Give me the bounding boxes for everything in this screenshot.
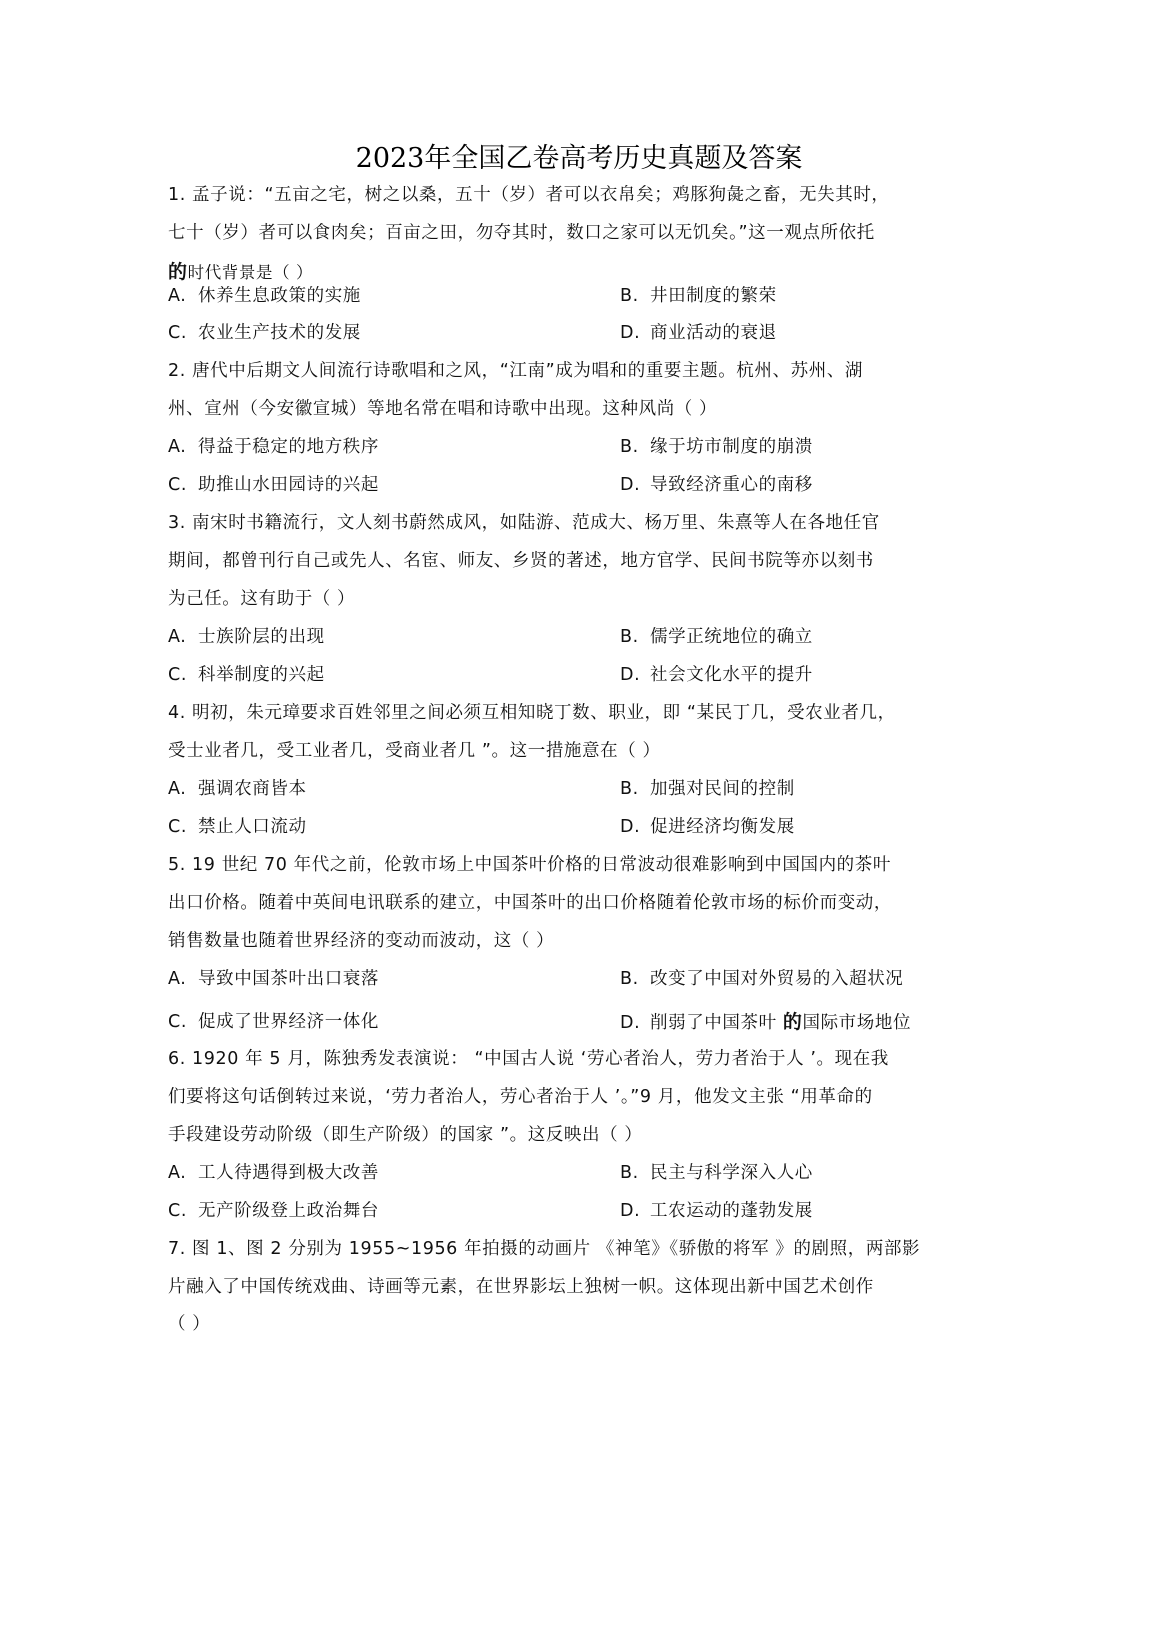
question-3-line-1: 3. 南宋时书籍流行，文人刻书蔚然成风，如陆游、范成大、杨万里、朱熹等人在各地任… — [168, 511, 880, 535]
option-key: C. — [168, 321, 198, 345]
option-text: 工农运动的蓬勃发展 — [650, 1201, 813, 1221]
option-key: B. — [620, 435, 650, 459]
question-3-line-2: 期间，都曾刊行自己或先人、名宦、师友、乡贤的著述，地方官学、民间书院等亦以刻书 — [168, 549, 874, 573]
option-key: A. — [168, 625, 198, 649]
option-key: C. — [168, 1199, 198, 1223]
option-text: 无产阶级登上政治舞台 — [198, 1201, 379, 1221]
option-text: 儒学正统地位的确立 — [650, 627, 813, 647]
option-text: 民主与科学深入人心 — [650, 1163, 813, 1183]
question-1-option-c: C.农业生产技术的发展 — [168, 321, 361, 345]
option-text: 强调农商皆本 — [198, 779, 307, 799]
question-3-option-a: A.士族阶层的出现 — [168, 625, 325, 649]
question-7-line-3: （ ） — [168, 1312, 210, 1336]
question-6-line-3: 手段建设劳动阶级（即生产阶级）的国家 ”。这反映出（ ） — [168, 1123, 643, 1147]
question-6-option-c: C.无产阶级登上政治舞台 — [168, 1199, 379, 1223]
option-key: B. — [620, 1161, 650, 1185]
option-key: D. — [620, 815, 650, 839]
question-5-line-3: 销售数量也随着世界经济的变动而波动，这（ ） — [168, 929, 554, 953]
option-text: 改变了中国对外贸易的入超状况 — [650, 969, 903, 989]
option-key: C. — [168, 663, 198, 687]
option-text: 工人待遇得到极大改善 — [198, 1163, 379, 1183]
bold-char: 的 — [168, 261, 188, 283]
option-key: D. — [620, 1199, 650, 1223]
option-text: 导致中国茶叶出口衰落 — [198, 969, 379, 989]
question-2-line-1: 2. 唐代中后期文人间流行诗歌唱和之风，“江南”成为唱和的重要主题。杭州、苏州、… — [168, 359, 863, 383]
question-1-option-a: A.休养生息政策的实施 — [168, 284, 361, 308]
question-4-option-b: B.加强对民间的控制 — [620, 777, 795, 801]
option-text: 科举制度的兴起 — [198, 665, 325, 685]
question-3-option-c: C.科举制度的兴起 — [168, 663, 325, 687]
option-key: B. — [620, 625, 650, 649]
option-text: 促进经济均衡发展 — [650, 817, 795, 837]
question-5-line-1: 5. 19 世纪 70 年代之前，伦敦市场上中国茶叶价格的日常波动很难影响到中国… — [168, 853, 891, 877]
question-5-line-2: 出口价格。随着中英间电讯联系的建立，中国茶叶的出口价格随着伦敦市场的标价而变动， — [168, 891, 892, 915]
option-text: 社会文化水平的提升 — [650, 665, 813, 685]
option-key: C. — [168, 1010, 198, 1034]
option-key: A. — [168, 284, 198, 308]
question-4-option-d: D.促进经济均衡发展 — [620, 815, 795, 839]
question-3-option-d: D.社会文化水平的提升 — [620, 663, 813, 687]
option-key: D. — [620, 321, 650, 345]
question-4-option-a: A.强调农商皆本 — [168, 777, 307, 801]
option-key: B. — [620, 284, 650, 308]
question-1-option-b: B.井田制度的繁荣 — [620, 284, 777, 308]
option-text: 农业生产技术的发展 — [198, 323, 361, 343]
option-text: 导致经济重心的南移 — [650, 475, 813, 495]
option-key: C. — [168, 815, 198, 839]
question-6-line-1: 6. 1920 年 5 月，陈独秀发表演说： “中国古人说 ‘劳心者治人，劳力者… — [168, 1047, 889, 1071]
question-7-line-1: 7. 图 1、图 2 分别为 1955~1956 年拍摄的动画片 《神笔》《骄傲… — [168, 1237, 920, 1261]
question-5-option-a: A.导致中国茶叶出口衰落 — [168, 967, 379, 991]
question-1-line-1: 1. 孟子说：“五亩之宅，树之以桑，五十（岁）者可以衣帛矣；鸡豚狗彘之畜，无失其… — [168, 183, 890, 207]
option-key: D. — [620, 473, 650, 497]
option-key: A. — [168, 435, 198, 459]
option-key: D. — [620, 1011, 650, 1035]
option-text: 削弱了中国茶叶 — [650, 1013, 783, 1033]
option-text: 休养生息政策的实施 — [198, 286, 361, 306]
option-key: A. — [168, 1161, 198, 1185]
question-3-option-b: B.儒学正统地位的确立 — [620, 625, 813, 649]
option-key: C. — [168, 473, 198, 497]
question-2-option-d: D.导致经济重心的南移 — [620, 473, 813, 497]
option-key: B. — [620, 967, 650, 991]
page-title: 2023年全国乙卷高考历史真题及答案 — [0, 136, 1158, 175]
question-1-line-3-text: 时代背景是（ ） — [188, 263, 314, 282]
option-text: 井田制度的繁荣 — [650, 286, 777, 306]
option-text: 加强对民间的控制 — [650, 779, 795, 799]
option-text: 得益于稳定的地方秩序 — [198, 437, 379, 457]
option-key: A. — [168, 777, 198, 801]
question-3-line-3: 为己任。这有助于（ ） — [168, 587, 355, 611]
question-4-option-c: C.禁止人口流动 — [168, 815, 307, 839]
question-6-option-a: A.工人待遇得到极大改善 — [168, 1161, 379, 1185]
question-6-line-2: 们要将这句话倒转过来说，‘劳力者治人，劳心者治于人 ’。”9 月，他发文主张 “… — [168, 1085, 873, 1109]
question-4-line-2: 受士业者几，受工业者几，受商业者几 ”。这一措施意在（ ） — [168, 739, 661, 763]
question-1-line-2: 七十（岁）者可以食肉矣；百亩之田，勿夺其时，数口之家可以无饥矣。”这一观点所依托 — [168, 221, 875, 245]
question-4-line-1: 4. 明初，朱元璋要求百姓邻里之间必须互相知晓丁数、职业，即 “某民丁几，受农业… — [168, 701, 896, 725]
option-key: B. — [620, 777, 650, 801]
option-text: 商业活动的衰退 — [650, 323, 777, 343]
option-text: 缘于坊市制度的崩溃 — [650, 437, 813, 457]
question-5-option-c: C.促成了世界经济一体化 — [168, 1010, 379, 1034]
option-text: 国际市场地位 — [802, 1013, 911, 1033]
question-1-line-3: 的时代背景是（ ） — [168, 260, 313, 285]
question-2-option-c: C.助推山水田园诗的兴起 — [168, 473, 379, 497]
option-text: 促成了世界经济一体化 — [198, 1012, 379, 1032]
question-2-line-2: 州、宣州（今安徽宣城）等地名常在唱和诗歌中出现。这种风尚（ ） — [168, 397, 717, 421]
question-5-option-d: D.削弱了中国茶叶 的国际市场地位 — [620, 1010, 911, 1035]
option-text: 助推山水田园诗的兴起 — [198, 475, 379, 495]
option-key: D. — [620, 663, 650, 687]
question-1-option-d: D.商业活动的衰退 — [620, 321, 777, 345]
bold-char: 的 — [783, 1011, 803, 1033]
document-page: 2023年全国乙卷高考历史真题及答案 1. 孟子说：“五亩之宅，树之以桑，五十（… — [0, 0, 1158, 1638]
question-7-line-2: 片融入了中国传统戏曲、诗画等元素，在世界影坛上独树一帜。这体现出新中国艺术创作 — [168, 1275, 874, 1299]
question-5-option-b: B.改变了中国对外贸易的入超状况 — [620, 967, 903, 991]
question-6-option-b: B.民主与科学深入人心 — [620, 1161, 813, 1185]
question-2-option-b: B.缘于坊市制度的崩溃 — [620, 435, 813, 459]
question-2-option-a: A.得益于稳定的地方秩序 — [168, 435, 379, 459]
option-key: A. — [168, 967, 198, 991]
option-text: 禁止人口流动 — [198, 817, 307, 837]
question-6-option-d: D.工农运动的蓬勃发展 — [620, 1199, 813, 1223]
option-text: 士族阶层的出现 — [198, 627, 325, 647]
